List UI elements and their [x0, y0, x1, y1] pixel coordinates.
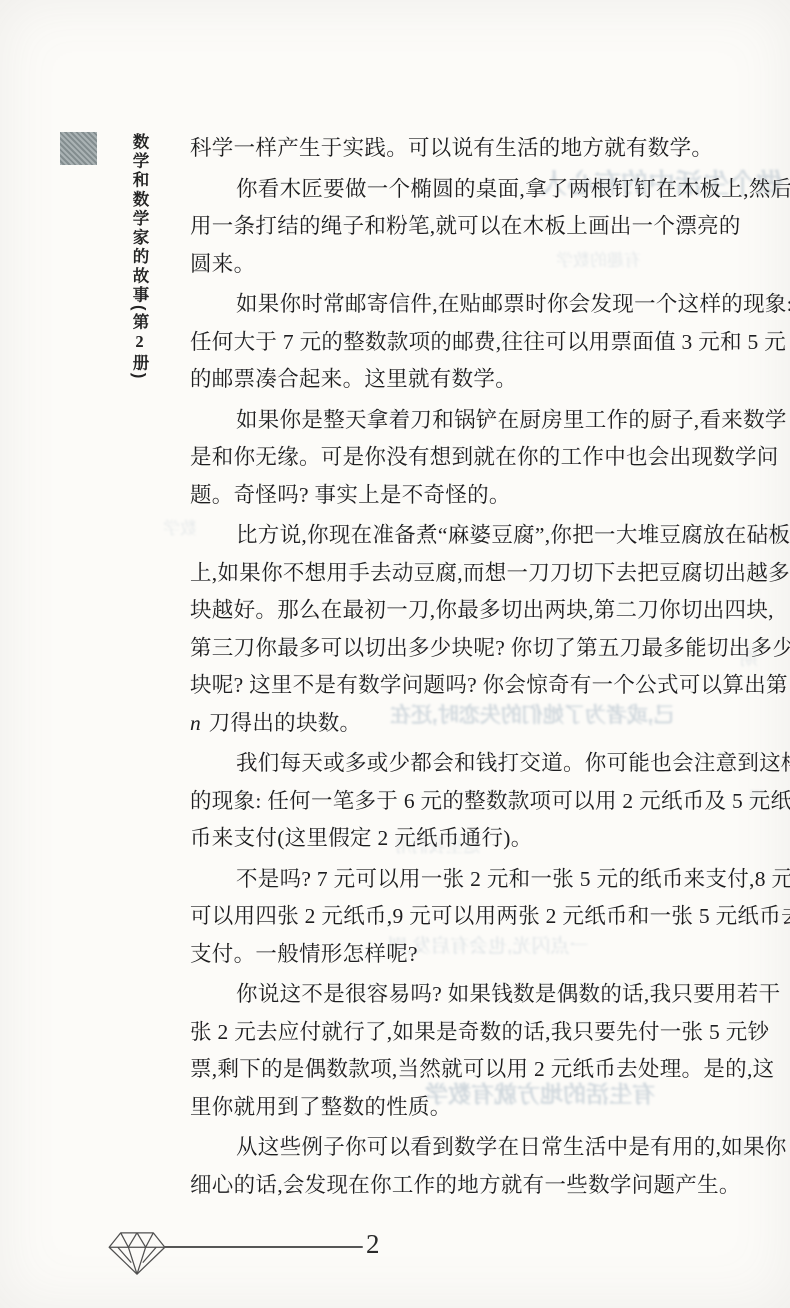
text-line: 是和你无缘。可是你没有想到就在你的工作中也会出现数学问 — [190, 439, 790, 477]
scanned-book-page: 数学和数学家的故事(第2册) 做个生活中的有心人有趣的数学数学己,或者为了她们的… — [0, 0, 790, 1308]
spine-title-char: 数 — [130, 133, 148, 152]
text-line: 题。奇怪吗? 事实上是不奇怪的。 — [190, 477, 790, 515]
spine-title-char: 学 — [130, 152, 148, 171]
spine-title-char: 第 — [130, 313, 148, 332]
text-line: 我们每天或多或少都会和钱打交道。你可能也会注意到这样 — [190, 745, 790, 783]
text-line: 比方说,你现在准备煮“麻婆豆腐”,你把一大堆豆腐放在砧板 — [190, 517, 790, 555]
text-line: 用一条打结的绳子和粉笔,就可以在木板上画出一个漂亮的 — [190, 208, 790, 246]
scan-artifact-square — [60, 132, 97, 165]
text-line: 如果你是整天拿着刀和锅铲在厨房里工作的厨子,看来数学 — [190, 402, 790, 440]
text-line: 张 2 元去应付就行了,如果是奇数的话,我只要先付一张 5 元钞 — [190, 1014, 790, 1052]
book-spine-title: 数学和数学家的故事(第2册) — [122, 133, 156, 433]
text-line: 任何大于 7 元的整数款项的邮费,往往可以用票面值 3 元和 5 元 — [190, 324, 790, 362]
text-line: 从这些例子你可以看到数学在日常生活中是有用的,如果你 — [190, 1129, 790, 1167]
spine-title-char: 数 — [130, 190, 148, 209]
text-line: 块呢? 这里不是有数学问题吗? 你会惊奇有一个公式可以算出第 — [190, 667, 790, 705]
text-line: 可以用四张 2 元纸币,9 元可以用两张 2 元纸币和一张 5 元纸币去 — [190, 898, 790, 936]
spine-title-char: 册 — [130, 354, 148, 373]
text-line: 支付。一般情形怎样呢? — [190, 936, 790, 974]
text-line: 的邮票凑合起来。这里就有数学。 — [190, 361, 790, 399]
text-line: 你说这不是很容易吗? 如果钱数是偶数的话,我只要用若干 — [190, 976, 790, 1014]
spine-title-char: 故 — [130, 267, 148, 286]
spine-title-char: 事 — [130, 286, 148, 305]
spine-title-char: 家 — [130, 229, 148, 248]
page-body-text: 科学一样产生于实践。可以说有生活的地方就有数学。你看木匠要做一个椭圆的桌面,拿了… — [190, 130, 790, 1204]
spine-title-char: 学 — [130, 209, 148, 228]
spine-title-char: 和 — [130, 171, 148, 190]
text-line: 你看木匠要做一个椭圆的桌面,拿了两根钉钉在木板上,然后 — [190, 171, 790, 209]
text-line: 如果你时常邮寄信件,在贴邮票时你会发现一个这样的现象: — [190, 286, 790, 324]
spine-title-char: ) — [130, 373, 148, 381]
text-line: 的现象: 任何一笔多于 6 元的整数款项可以用 2 元纸币及 5 元纸 — [190, 783, 790, 821]
page-footer: 2 — [0, 1224, 790, 1284]
text-line: 细心的话,会发现在你工作的地方就有一些数学问题产生。 — [190, 1167, 790, 1205]
text-line: 上,如果你不想用手去动豆腐,而想一刀刀切下去把豆腐切出越多 — [190, 555, 790, 593]
text-line: 票,剩下的是偶数款项,当然就可以用 2 元纸币去处理。是的,这 — [190, 1051, 790, 1089]
text-line: 不是吗? 7 元可以用一张 2 元和一张 5 元的纸币来支付,8 元 — [190, 861, 790, 899]
text-line: 科学一样产生于实践。可以说有生活的地方就有数学。 — [190, 130, 790, 168]
text-line: 里你就用到了整数的性质。 — [190, 1089, 790, 1127]
text-line: 圆来。 — [190, 246, 790, 284]
page-number: 2 — [366, 1229, 380, 1260]
diamond-gem-icon — [106, 1229, 168, 1277]
spine-title-char: ( — [130, 305, 148, 313]
spine-title-char: 2 — [130, 332, 149, 354]
footer-rule — [164, 1246, 363, 1248]
text-line: 第三刀你最多可以切出多少块呢? 你切了第五刀最多能切出多少 — [190, 630, 790, 668]
text-line: 币来支付(这里假定 2 元纸币通行)。 — [190, 820, 790, 858]
spine-title-char: 的 — [130, 248, 148, 267]
text-line: n 刀得出的块数。 — [190, 705, 790, 743]
text-line: 块越好。那么在最初一刀,你最多切出两块,第二刀你切出四块, — [190, 592, 790, 630]
